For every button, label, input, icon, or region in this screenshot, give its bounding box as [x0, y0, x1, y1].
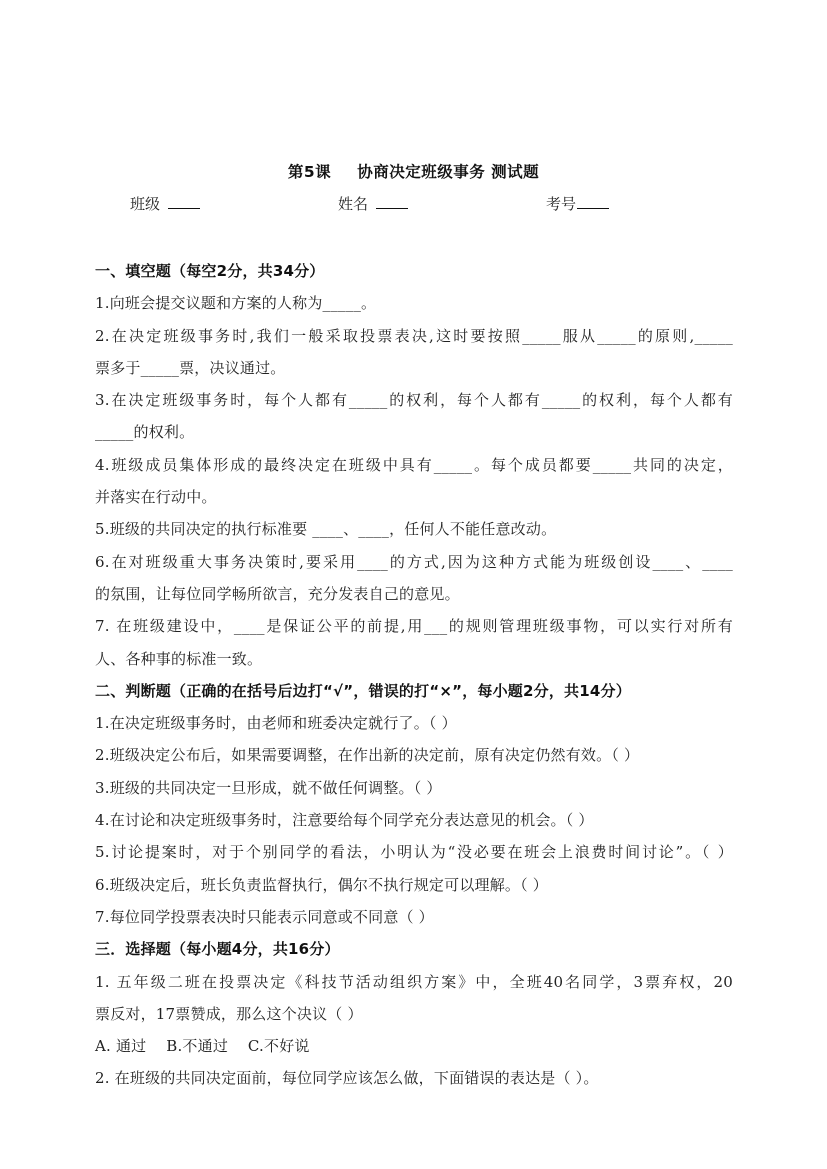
question-line: 7.每位同学投票表决时只能表示同意或不同意（ ）	[95, 901, 733, 933]
section-heading-multiple-choice: 三．选择题（每小题4分，共16分）	[95, 933, 733, 965]
question-line: 2.在决定班级事务时,我们一般采取投票表决,这时要按照_____服从_____的…	[95, 320, 733, 352]
class-field[interactable]: 班级	[130, 193, 200, 214]
worksheet-content: 一、填空题（每空2分，共34分） 1.向班会提交议题和方案的人称为_____。 …	[95, 255, 733, 1095]
question-line: 票多于_____票，决议通过。	[95, 352, 733, 384]
question-line: 4.在讨论和决定班级事务时，注意要给每个同学充分表达意见的机会。（ ）	[95, 804, 733, 836]
answer-options: A. 通过 B.不通过 C.不好说	[95, 1030, 733, 1062]
class-blank[interactable]	[168, 194, 200, 209]
question-line: 并落实在行动中。	[95, 481, 733, 513]
page-title: 第5课协商决定班级事务 测试题	[0, 160, 827, 182]
question-line: 6.在对班级重大事务决策时,要采用____的方式,因为这种方式能为班级创设___…	[95, 546, 733, 578]
question-line: 1.向班会提交议题和方案的人称为_____。	[95, 287, 733, 319]
question-line: 2.班级决定公布后，如果需要调整，在作出新的决定前，原有决定仍然有效。（ ）	[95, 739, 733, 771]
title-topic: 协商决定班级事务 测试题	[357, 163, 539, 181]
question-line: 3.班级的共同决定一旦形成，就不做任何调整。（ ）	[95, 772, 733, 804]
worksheet-page: 第5课协商决定班级事务 测试题 班级 姓名 考号 一、填空题（每空2分，共34分…	[0, 0, 827, 1169]
question-line: 4.班级成员集体形成的最终决定在班级中具有_____。每个成员都要_____共同…	[95, 449, 733, 481]
question-line: _____的权利。	[95, 416, 733, 448]
question-line: 人、各种事的标准一致。	[95, 643, 733, 675]
section-heading-true-false: 二、判断题（正确的在括号后边打“√”，错误的打“×”，每小题2分，共14分）	[95, 675, 733, 707]
exam-number-label: 考号	[546, 195, 576, 213]
section-heading-fill-blank: 一、填空题（每空2分，共34分）	[95, 255, 733, 287]
student-info-fields: 班级 姓名 考号	[0, 193, 827, 217]
question-line: 3.在决定班级事务时，每个人都有_____的权利，每个人都有_____的权利，每…	[95, 384, 733, 416]
question-line: 5.讨论提案时，对于个别同学的看法，小明认为“没必要在班会上浪费时间讨论”。（ …	[95, 836, 733, 868]
question-line: 6.班级决定后，班长负责监督执行，偶尔不执行规定可以理解。（ ）	[95, 869, 733, 901]
name-label: 姓名	[338, 195, 368, 213]
title-lesson: 第5课	[288, 163, 331, 181]
question-line: 票反对，17票赞成，那么这个决议（ ）	[95, 998, 733, 1030]
question-line: 的氛围，让每位同学畅所欲言，充分发表自己的意见。	[95, 578, 733, 610]
name-field[interactable]: 姓名	[338, 193, 408, 214]
question-line: 1. 五年级二班在投票决定《科技节活动组织方案》中，全班40名同学，3票弃权，2…	[95, 966, 733, 998]
question-line: 7. 在班级建设中，____是保证公平的前提,用___的规则管理班级事物，可以实…	[95, 610, 733, 642]
exam-number-field[interactable]: 考号	[546, 193, 609, 214]
name-blank[interactable]	[376, 194, 408, 209]
question-line: 5.班级的共同决定的执行标准要 ____、____，任何人不能任意改动。	[95, 513, 733, 545]
exam-number-blank[interactable]	[577, 194, 609, 209]
class-label: 班级	[130, 195, 160, 213]
question-line: 2. 在班级的共同决定面前，每位同学应该怎么做，下面错误的表达是（ ）。	[95, 1062, 733, 1094]
question-line: 1.在决定班级事务时，由老师和班委决定就行了。（ ）	[95, 707, 733, 739]
